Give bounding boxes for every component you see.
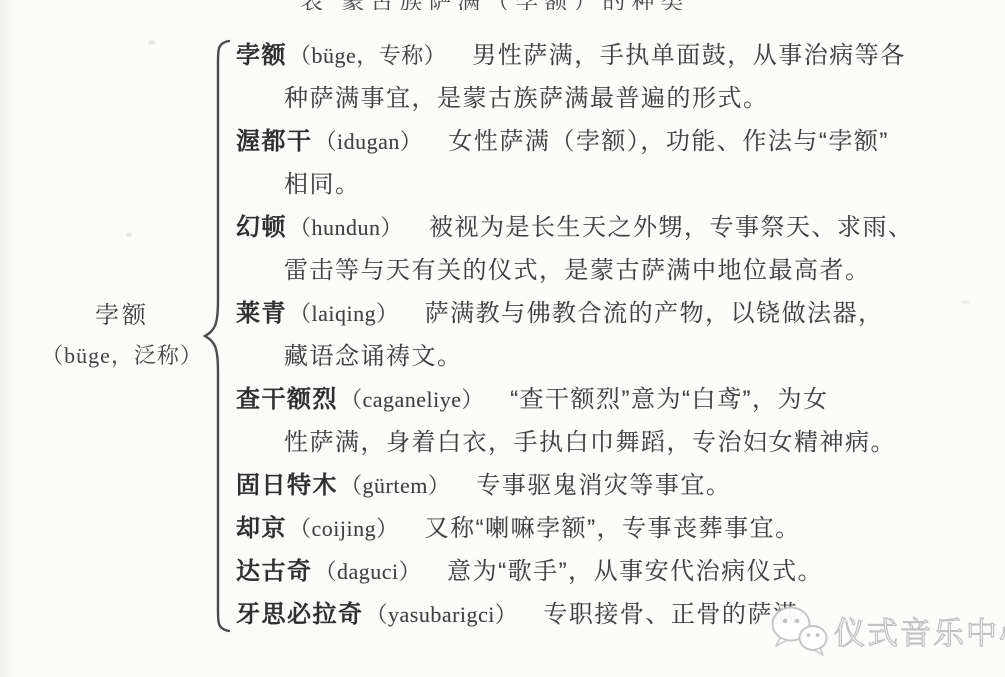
term-romanization: （gürtem） (340, 473, 450, 498)
chat-bubbles-logo-icon (768, 600, 830, 660)
cropped-table-caption: 表 蒙古族萨满（孛额）的种类 (300, 0, 740, 10)
term-description-cont: 雷击等与天有关的仪式，是蒙古萨满中地位最高者。 (236, 249, 984, 292)
root-term-romanization: （büge，泛称） (28, 336, 216, 376)
list-item: 孛额（büge，专称）男性萨满，手执单面鼓，从事治病等各 种萨满事宜，是蒙古族萨… (236, 34, 984, 120)
term-description: 萨满教与佛教合流的产物，以铙做法器， (425, 300, 884, 327)
scanned-book-page: { "page": { "caption_fragment": "表 蒙古族萨满… (0, 0, 1005, 677)
term-description-cont: 藏语念诵祷文。 (236, 335, 984, 378)
term-label: 固日特木 (236, 472, 338, 499)
scan-speck (148, 40, 155, 45)
term-description: “查干额烈”意为“白鸢”，为女 (510, 386, 828, 413)
watermark: 仪式音乐中心 (768, 600, 1005, 660)
term-romanization: （coijing） (289, 516, 399, 541)
term-description: 专事驱鬼消灾等事宜。 (476, 472, 731, 499)
list-item: 却京（coijing）又称“喇嘛孛额”，专事丧葬事宜。 (236, 507, 984, 550)
curly-brace-svg (202, 38, 232, 634)
watermark-label: 仪式音乐中心 (834, 608, 1005, 653)
term-label: 渥都干 (236, 128, 313, 155)
term-label: 却京 (236, 515, 287, 542)
term-description-cont: 性萨满，身着白衣，手执白巾舞蹈，专治妇女精神病。 (236, 421, 984, 464)
shaman-type-list: 孛额（büge，专称）男性萨满，手执单面鼓，从事治病等各 种萨满事宜，是蒙古族萨… (236, 34, 984, 636)
term-romanization: （laiqing） (289, 301, 399, 326)
root-label-block: 孛额 （büge，泛称） (28, 296, 216, 376)
term-label: 达古奇 (236, 558, 313, 585)
term-label: 幻顿 (236, 214, 287, 241)
term-description: 女性萨满（孛额），功能、作法与“孛额” (448, 128, 888, 155)
term-description: 男性萨满，手执单面鼓，从事治病等各 (472, 42, 906, 69)
term-romanization: （caganeliye） (340, 387, 484, 412)
list-item: 莱青（laiqing）萨满教与佛教合流的产物，以铙做法器， 藏语念诵祷文。 (236, 292, 984, 378)
brace-glyph (202, 38, 232, 639)
term-romanization: （yasubarigci） (366, 602, 518, 627)
term-description: 意为“歌手”，从事安代治病仪式。 (447, 558, 823, 585)
term-label: 莱青 (236, 300, 287, 327)
cropped-table-caption-text: 表 蒙古族萨满（孛额）的种类 (300, 0, 689, 10)
list-item: 固日特木（gürtem）专事驱鬼消灾等事宜。 (236, 464, 984, 507)
list-item: 查干额烈（caganeliye）“查干额烈”意为“白鸢”，为女 性萨满，身着白衣… (236, 378, 984, 464)
term-label: 孛额 (236, 42, 287, 69)
term-description-cont: 相同。 (236, 163, 984, 206)
term-romanization: （daguci） (315, 559, 422, 584)
term-description: 又称“喇嘛孛额”，专事丧葬事宜。 (425, 515, 801, 542)
scan-speck (126, 233, 132, 237)
term-romanization: （büge，专称） (289, 43, 446, 68)
term-label: 牙思必拉奇 (236, 601, 364, 628)
list-item: 达古奇（daguci）意为“歌手”，从事安代治病仪式。 (236, 550, 984, 593)
term-description: 被视为是长生天之外甥，专事祭天、求雨、 (429, 214, 914, 241)
list-item: 渥都干（idugan）女性萨满（孛额），功能、作法与“孛额” 相同。 (236, 120, 984, 206)
term-romanization: （hundun） (289, 215, 403, 240)
list-item: 幻顿（hundun）被视为是长生天之外甥，专事祭天、求雨、 雷击等与天有关的仪式… (236, 206, 984, 292)
root-term: 孛额 (28, 296, 216, 336)
term-label: 查干额烈 (236, 386, 338, 413)
term-description-cont: 种萨满事宜，是蒙古族萨满最普遍的形式。 (236, 77, 984, 120)
term-romanization: （idugan） (315, 129, 423, 154)
